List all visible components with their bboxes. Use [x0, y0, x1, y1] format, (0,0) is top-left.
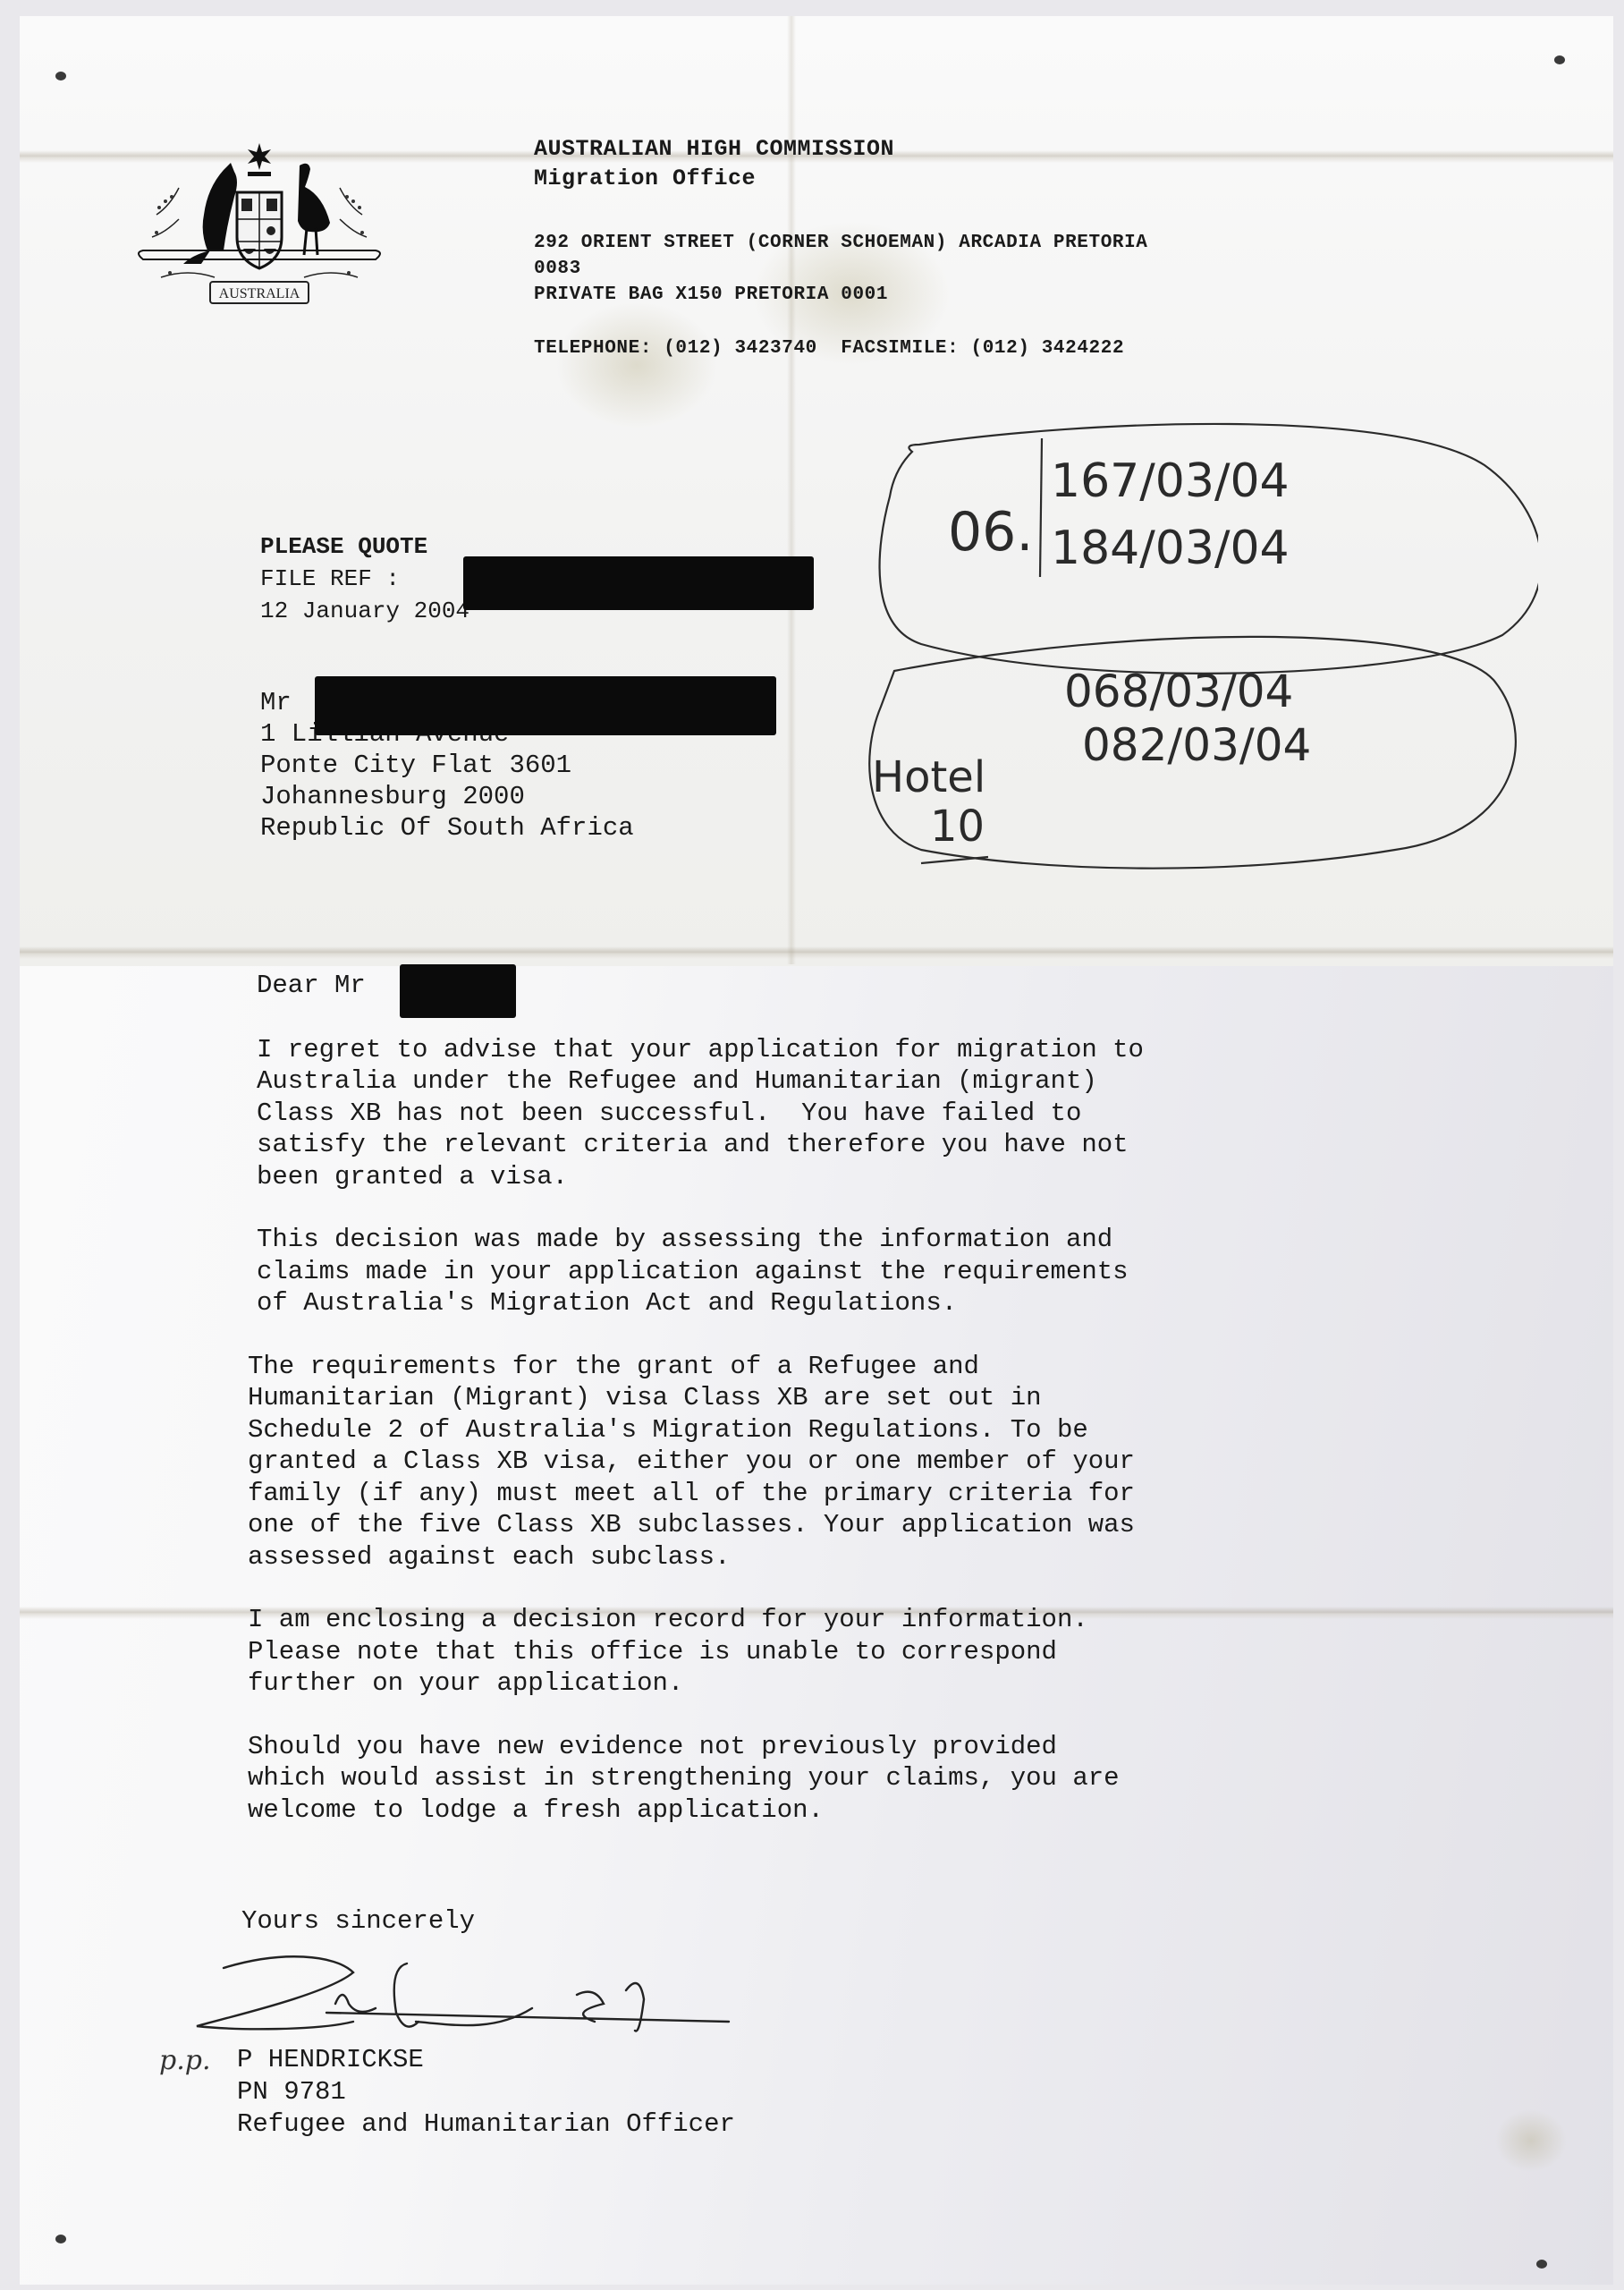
- note-box1-label: 06.: [948, 501, 1033, 564]
- note-box2-label: Hotel: [872, 752, 985, 802]
- coat-of-arms-icon: AUSTRALIA: [125, 134, 393, 313]
- fold-line: [20, 946, 1613, 959]
- letter-body: Dear Mr I regret to advise that your app…: [257, 970, 1374, 1857]
- letterhead-address: 292 ORIENT STREET (CORNER SCHOEMAN) ARCA…: [534, 230, 1148, 308]
- letterhead-contact: TELEPHONE: (012) 3423740 FACSIMILE: (012…: [534, 338, 1124, 359]
- handwritten-notes: 06. 167/03/04 184/03/04 068/03/04 082/03…: [859, 411, 1538, 930]
- office-name: Migration Office: [534, 164, 894, 193]
- closing: Yours sincerely: [241, 1905, 475, 1938]
- punch-hole: [1554, 55, 1565, 64]
- paragraph-decision: I regret to advise that your application…: [257, 1034, 1374, 1193]
- letter-date: 12 January 2004: [260, 595, 469, 627]
- fax-number: (012) 3424222: [971, 338, 1125, 359]
- note-box2-date2: 082/03/04: [1082, 719, 1311, 771]
- svg-text:10: 10: [930, 801, 985, 852]
- reference-block: PLEASE QUOTE FILE REF : 12 January 2004: [260, 530, 469, 627]
- punch-hole: [55, 72, 66, 81]
- note-box1-date2: 184/03/04: [1051, 522, 1290, 575]
- water-stain: [1495, 2109, 1567, 2172]
- note-box2-date1: 068/03/04: [1064, 666, 1293, 717]
- redaction-salutation-name: [400, 964, 516, 1018]
- signatory-title: Refugee and Humanitarian Officer: [237, 2108, 735, 2141]
- pp-mark: p.p.: [159, 2045, 210, 2076]
- please-quote-label: PLEASE QUOTE: [260, 530, 469, 563]
- signature-icon: [174, 1941, 747, 2048]
- redaction-recipient-name: [315, 676, 776, 735]
- file-ref-label: FILE REF :: [260, 563, 469, 595]
- signatory-pn: PN 9781: [237, 2076, 735, 2108]
- organization-name: AUSTRALIAN HIGH COMMISSION: [534, 134, 894, 164]
- punch-hole: [55, 2235, 66, 2243]
- svg-text:AUSTRALIA: AUSTRALIA: [219, 286, 300, 301]
- water-stain: [556, 302, 717, 428]
- redaction-file-ref: [463, 556, 814, 610]
- letterhead-title: AUSTRALIAN HIGH COMMISSION Migration Off…: [534, 134, 894, 193]
- note-box1-date1: 167/03/04: [1051, 454, 1290, 508]
- signatory-block: P HENDRICKSEPN 9781Refugee and Humanitar…: [237, 2044, 735, 2141]
- signatory-name: P HENDRICKSE: [237, 2044, 735, 2076]
- telephone-number: (012) 3423740: [664, 338, 817, 359]
- paragraph-fresh-application: Should you have new evidence not previou…: [248, 1731, 1374, 1827]
- paragraph-assessment: This decision was made by assessing the …: [257, 1224, 1374, 1319]
- paragraph-enclosure: I am enclosing a decision record for you…: [248, 1604, 1374, 1700]
- punch-hole: [1536, 2260, 1547, 2269]
- paragraph-requirements: The requirements for the grant of a Refu…: [248, 1351, 1374, 1573]
